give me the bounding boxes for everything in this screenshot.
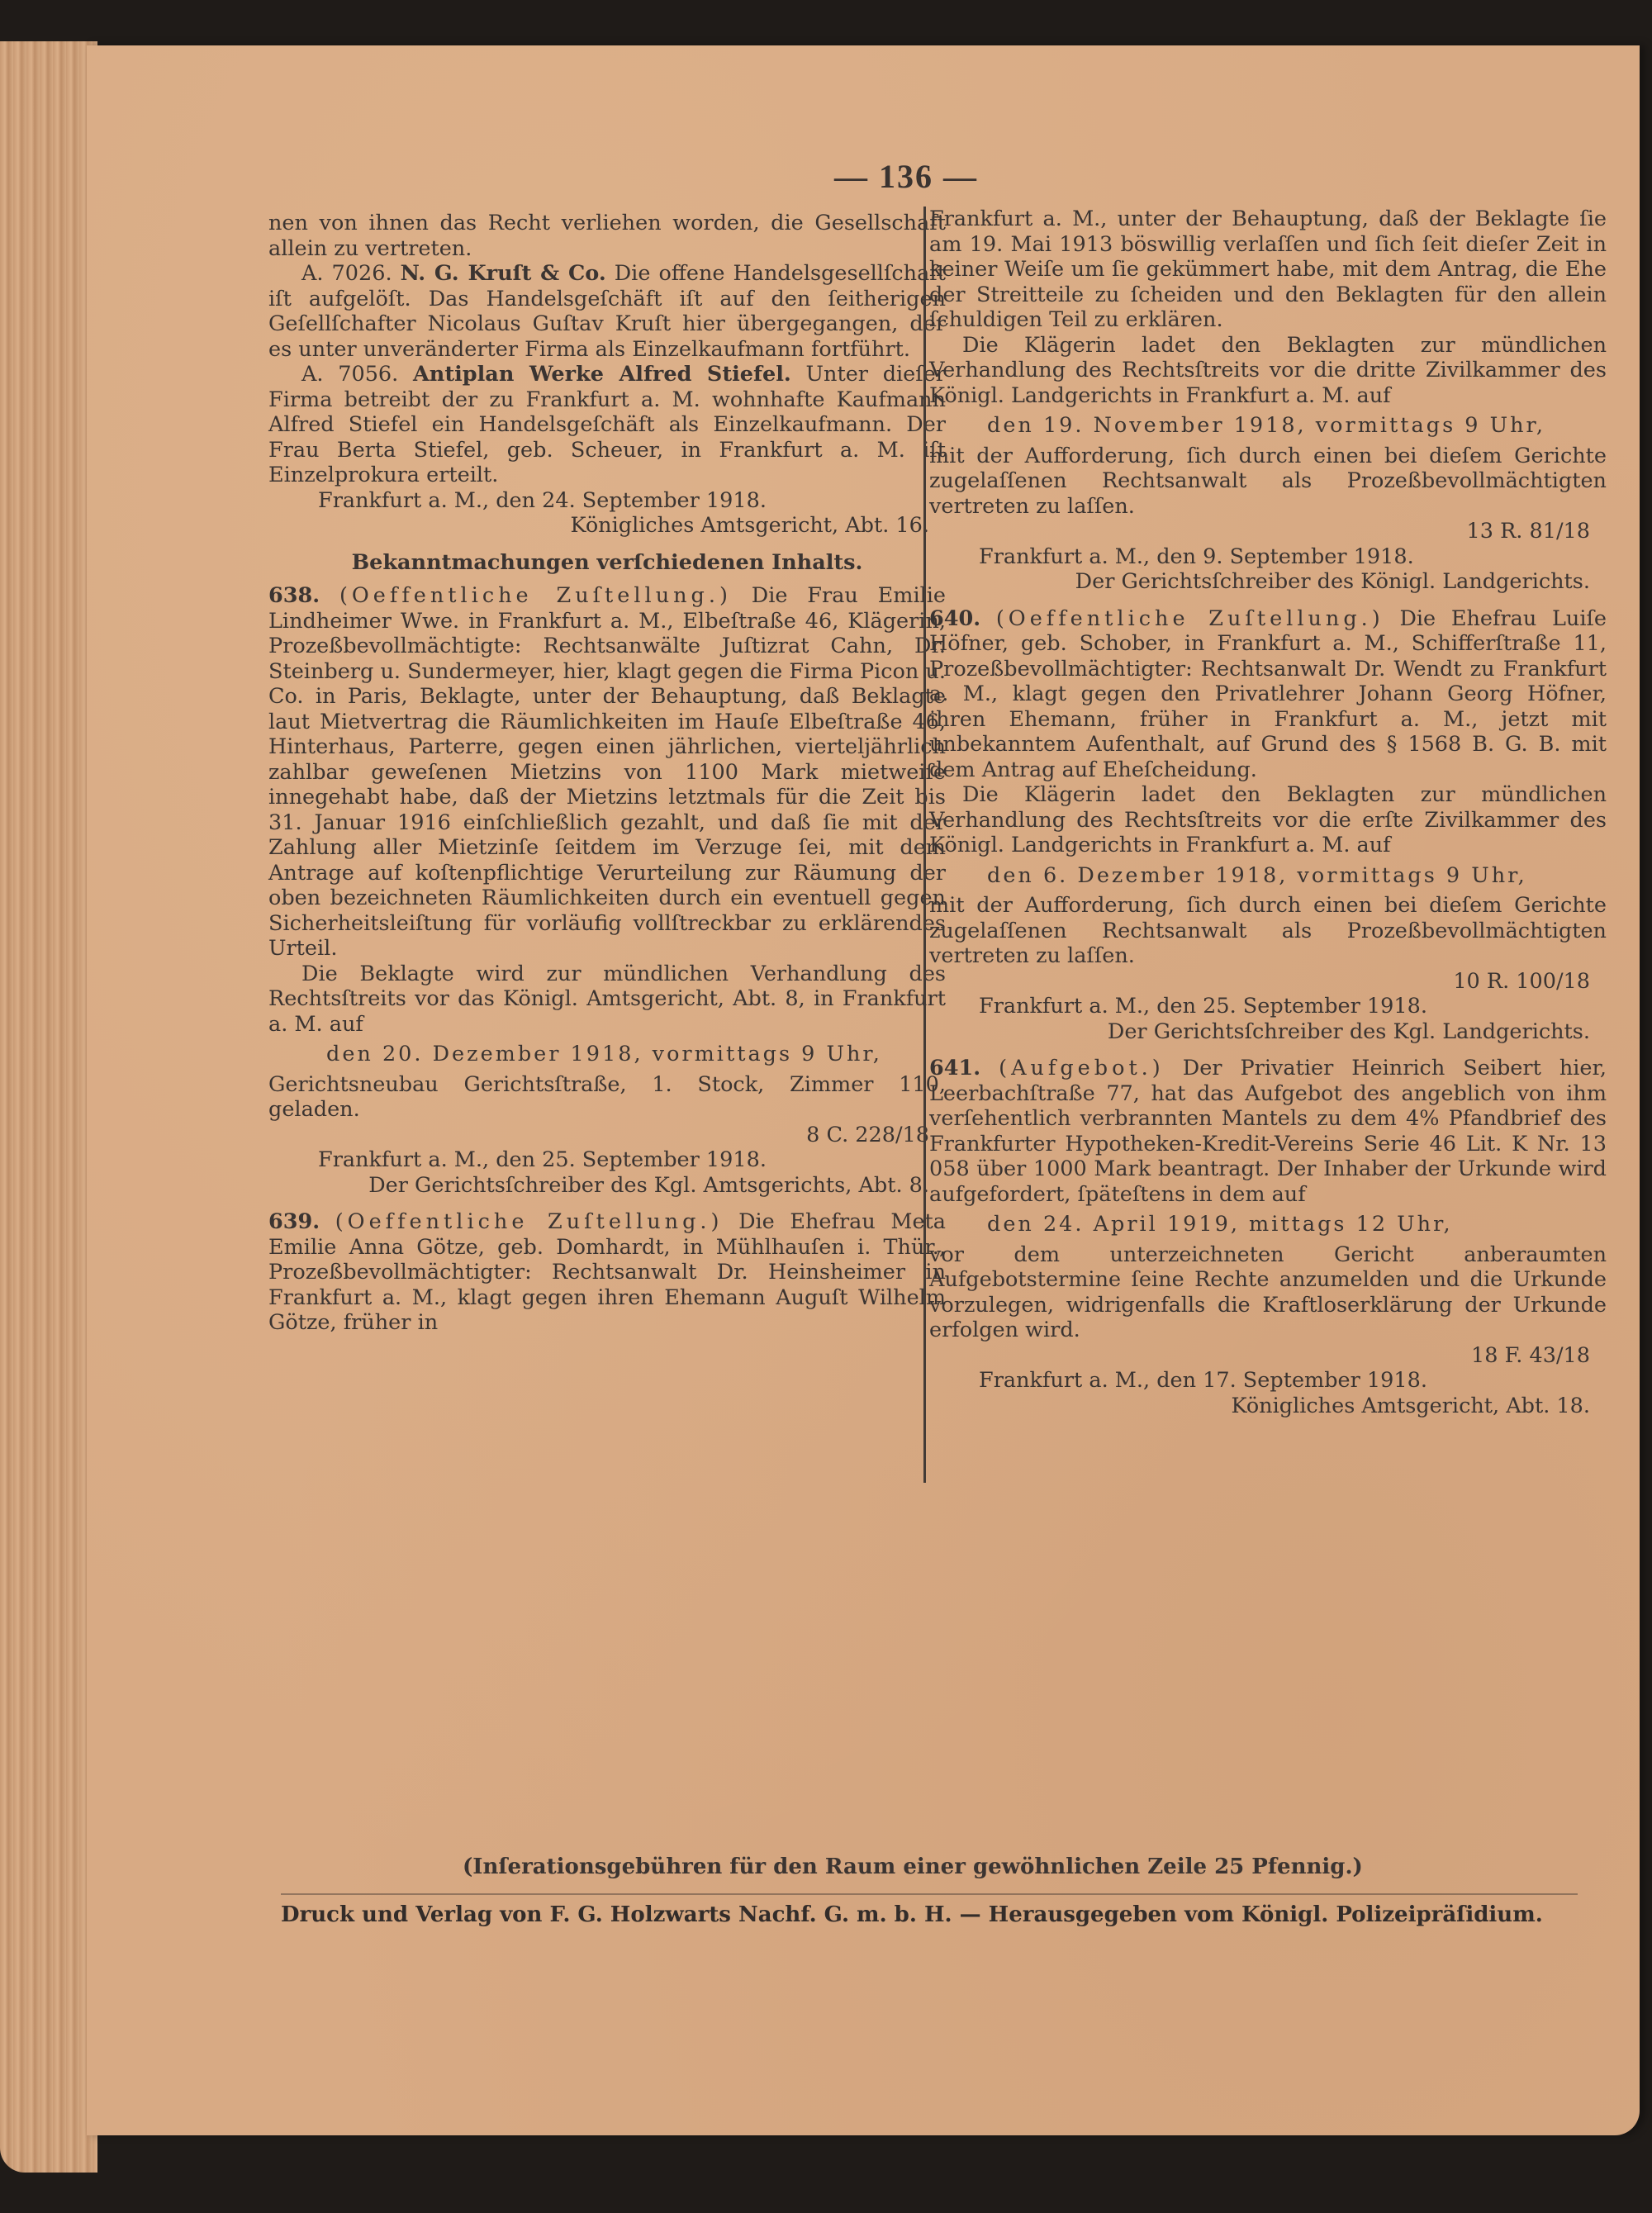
notice-641: 641. (Aufgebot.) Der Privatier Heinrich …: [929, 1056, 1607, 1207]
request-text: mit der Aufforderung, ſich durch einen b…: [929, 893, 1607, 969]
notice-number: 641.: [929, 1056, 980, 1080]
right-column: Frankfurt a. M., unter der Behauptung, d…: [929, 207, 1607, 1418]
summons-text: Die Klägerin ladet den Beklagten zur mün…: [929, 333, 1607, 409]
notice-639-continued: Frankfurt a. M., unter der Behauptung, d…: [929, 207, 1607, 333]
hearing-date: den 6. Dezember 1918, vormittags 9 Uhr,: [929, 863, 1607, 889]
notice-number: 638.: [268, 583, 320, 608]
firm-name: N. G. Kruſt & Co.: [401, 261, 606, 286]
authority-signature: Der Gerichtsſchreiber des Kgl. Landgeric…: [929, 1019, 1607, 1045]
authority-signature: Der Gerichtsſchreiber des Königl. Landge…: [929, 569, 1607, 595]
entry-ref: A. 7026.: [301, 261, 392, 286]
continuation-text: nen von ihnen das Recht verliehen worden…: [268, 211, 946, 261]
place-date: Frankfurt a. M., den 25. September 1918.: [268, 1147, 946, 1173]
case-reference: 18 F. 43/18: [929, 1343, 1607, 1369]
notice-640: 640. (Oeffentliche Zuſtellung.) Die Ehef…: [929, 606, 1607, 783]
insertion-fee-note: (Inſerationsgebühren für den Raum einer …: [463, 1854, 1363, 1879]
register-entry-7056: A. 7056. Antiplan Werke Alfred Stiefel. …: [268, 362, 946, 488]
book-page-edges: [0, 41, 97, 2173]
notice-type: (Oeffentliche Zuſtellung.): [339, 583, 732, 608]
request-text: vor dem unterzeichneten Gericht anberaum…: [929, 1242, 1607, 1343]
notice-type: (Oeffentliche Zuſtellung.): [996, 606, 1384, 631]
hearing-date: den 20. Dezember 1918, vormittags 9 Uhr,: [268, 1042, 946, 1067]
case-reference: 10 R. 100/18: [929, 969, 1607, 995]
case-reference: 13 R. 81/18: [929, 519, 1607, 544]
notice-text: Die Frau Emilie Lindheimer Wwe. in Frank…: [268, 583, 946, 961]
hearing-date: den 19. November 1918, vormittags 9 Uhr,: [929, 413, 1607, 439]
notice-number: 639.: [268, 1209, 320, 1234]
authority-signature: Der Gerichtsſchreiber des Kgl. Amtsgeric…: [268, 1173, 946, 1199]
register-entry-7026: A. 7026. N. G. Kruſt & Co. Die offene Ha…: [268, 261, 946, 362]
place-date: Frankfurt a. M., den 24. September 1918.: [268, 488, 946, 514]
case-reference: 8 C. 228/18: [268, 1123, 946, 1148]
location-text: Gerichtsneubau Gerichtsſtraße, 1. Stock,…: [268, 1072, 946, 1123]
notice-639: 639. (Oeffentliche Zuſtellung.) Die Ehef…: [268, 1209, 946, 1336]
publisher-imprint: Druck und Verlag von F. G. Holzwarts Nac…: [281, 1902, 1543, 1927]
summons-text: Die Klägerin ladet den Beklagten zur mün…: [929, 782, 1607, 858]
section-heading: Bekanntmachungen verſchiedenen Inhalts.: [268, 550, 946, 576]
notice-638: 638. (Oeffentliche Zuſtellung.) Die Frau…: [268, 583, 946, 962]
notice-type: (Oeffentliche Zuſtellung.): [335, 1209, 724, 1234]
hearing-date: den 24. April 1919, mittags 12 Uhr,: [929, 1212, 1607, 1237]
firm-name: Antiplan Werke Alfred Stiefel.: [413, 362, 791, 387]
entry-ref: A. 7056.: [301, 362, 398, 387]
place-date: Frankfurt a. M., den 9. September 1918.: [929, 544, 1607, 570]
authority-signature: Königliches Amtsgericht, Abt. 18.: [929, 1394, 1607, 1419]
request-text: mit der Aufforderung, ſich durch einen b…: [929, 444, 1607, 520]
notice-number: 640.: [929, 606, 980, 631]
notice-type: (Aufgebot.): [999, 1056, 1165, 1080]
footer-divider: [281, 1893, 1578, 1895]
page-number: — 136 —: [834, 157, 978, 196]
notice-text: Die Ehefrau Luiſe Höfner, geb. Schober, …: [929, 606, 1607, 782]
place-date: Frankfurt a. M., den 25. September 1918.: [929, 994, 1607, 1019]
authority-signature: Königliches Amtsgericht, Abt. 16.: [268, 513, 946, 539]
place-date: Frankfurt a. M., den 17. September 1918.: [929, 1368, 1607, 1394]
column-divider: [923, 207, 926, 1483]
summons-text: Die Beklagte wird zur mündlichen Verhand…: [268, 962, 946, 1038]
left-column: nen von ihnen das Recht verliehen worden…: [268, 211, 946, 1336]
